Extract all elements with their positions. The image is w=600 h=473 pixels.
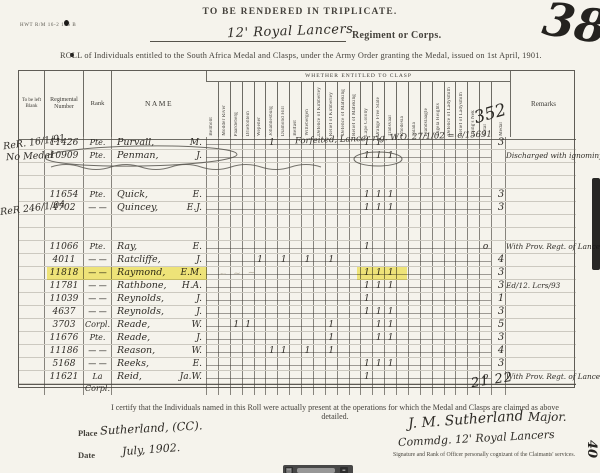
regimental-number: 11621 (44, 371, 83, 395)
clasp-column-header: Diamond Hill (277, 82, 289, 137)
clasp-cell (408, 293, 420, 305)
clasp-cell (301, 371, 313, 395)
clasp-column-header: Orange Free State (372, 82, 384, 137)
clasp-cell (349, 202, 361, 214)
clasp-cell (206, 371, 218, 395)
margin-cell (19, 345, 44, 357)
clasp-cell (349, 345, 361, 357)
clasp-cell (420, 228, 432, 240)
clasp-cell (420, 319, 432, 331)
clasp-cell: 1 (325, 254, 337, 266)
clasp-column-header: Johannesburg (265, 82, 277, 137)
clasp-cell (420, 189, 432, 201)
viewer-toolbar[interactable]: ▤ ≡ (283, 465, 353, 473)
clasp-cell (230, 202, 242, 214)
clasp-cell (206, 319, 218, 331)
roll-row: 4637— —Reynolds,J.1113 (19, 306, 576, 319)
rank: Pte. (83, 241, 111, 253)
name-cell: Rathbone,H.A. (111, 280, 206, 292)
clasp-cell (432, 345, 444, 357)
clasp-cell (242, 345, 254, 357)
clasp-cell (455, 163, 467, 175)
clasp-cell (384, 228, 396, 240)
scan-edge-artifact (592, 178, 600, 270)
clasp-cell (242, 254, 254, 266)
remark (505, 358, 571, 370)
highlight-name-region (47, 267, 207, 280)
clasp-cell (206, 345, 218, 357)
rank: Pte. (83, 189, 111, 201)
clasp-cell: 1 (325, 332, 337, 344)
remark (505, 306, 571, 318)
clasp-cell: 1 (384, 189, 396, 201)
clasp-label: Relief of Mafeking (352, 94, 357, 137)
clasp-cell (301, 332, 313, 344)
clasp-cell (420, 345, 432, 357)
margin-cell (19, 293, 44, 305)
clasp-cell (301, 228, 313, 240)
fill-stroke (206, 326, 491, 327)
clasp-cell (313, 280, 325, 292)
clasp-cell (265, 215, 277, 227)
clasp-cell (408, 345, 420, 357)
clasp-cell (467, 358, 479, 370)
clasp-cell (301, 202, 313, 214)
clasp-cell (479, 163, 491, 175)
clasp-cell (325, 267, 337, 279)
clasp-cell (265, 358, 277, 370)
clasp-cell (230, 332, 242, 344)
clasp-cell (313, 306, 325, 318)
initials: E. (193, 241, 202, 253)
clasp-cell (444, 371, 456, 395)
clasp-cell (325, 215, 337, 227)
clasp-cell (254, 332, 266, 344)
clasp-cell (289, 228, 301, 240)
clasp-cell (444, 189, 456, 201)
remark: Discharged with ignominy. (505, 150, 571, 162)
clasp-cell: 1 (325, 319, 337, 331)
remark (505, 293, 571, 305)
clasp-cell (254, 319, 266, 331)
clasp-column-header: Modder River (218, 82, 230, 137)
clasp-cell (325, 358, 337, 370)
clasp-cell (265, 267, 277, 279)
clasp-cell (230, 280, 242, 292)
ink-dot (64, 20, 69, 26)
clasp-cell (455, 293, 467, 305)
clasp-cell: 1 (325, 345, 337, 357)
clasp-cell (396, 254, 408, 266)
clasp-cell (230, 371, 242, 395)
clasp-cell (479, 228, 491, 240)
clasp-cell (432, 332, 444, 344)
clasp-column-header: Elandslaagte (420, 82, 432, 137)
clasp-label: Defence of Kimberley (317, 87, 322, 137)
remark (505, 254, 571, 266)
clasp-cell (301, 358, 313, 370)
clasp-cell (289, 280, 301, 292)
clasp-cell (444, 267, 456, 279)
clasp-cell (455, 189, 467, 201)
clasp-cell (444, 345, 456, 357)
clasp-cell (277, 241, 289, 253)
surname: Quincey, (117, 202, 158, 214)
clasp-cell (254, 228, 266, 240)
clasp-cell (325, 202, 337, 214)
clasp-cell: 1 (384, 202, 396, 214)
fill-stroke (206, 313, 491, 314)
clasp-column-headers: BelmontModder RiverPaardebergDriefontein… (206, 82, 491, 137)
clasp-cell (218, 332, 230, 344)
clasp-cell (289, 306, 301, 318)
roll-row: 11039— —Reynolds,J.11 (19, 293, 576, 306)
clasp-cell (277, 228, 289, 240)
name-cell: Reid,Ja.W. (111, 371, 206, 395)
clasp-cell: 1 (372, 306, 384, 318)
clasp-cell (372, 345, 384, 357)
surname: Ratcliffe, (117, 254, 161, 266)
clasp-cell (337, 358, 349, 370)
clasp-cell: 1 (372, 202, 384, 214)
viewer-zoom-slider[interactable] (297, 468, 335, 473)
fill-stroke (206, 196, 491, 197)
clasp-cell (218, 202, 230, 214)
clasp-label: Belfast (293, 120, 298, 137)
initials: Ja.W. (180, 371, 202, 395)
remark: With Prov. Regt. of Lancers. (505, 371, 571, 395)
clasp-column-header: Relief of Mafeking (349, 82, 361, 137)
clasp-cell (455, 267, 467, 279)
clasp-cell (396, 228, 408, 240)
clasp-cell (372, 241, 384, 253)
clasp-cell: 1 (384, 358, 396, 370)
date-value-handwritten: July, 1902. (122, 441, 181, 458)
clasp-cell (372, 228, 384, 240)
clasp-cell (230, 241, 242, 253)
clasp-cell (432, 202, 444, 214)
surname: Reid, (117, 371, 142, 395)
side-page-number: 40 (584, 440, 599, 458)
clasp-cell (467, 280, 479, 292)
clasp-cell (242, 371, 254, 395)
name-cell: Reade,W. (111, 319, 206, 331)
clasp-cell (444, 293, 456, 305)
clasp-cell (420, 358, 432, 370)
clasp-cell (408, 254, 420, 266)
clasp-cell (254, 215, 266, 227)
clasp-cell (479, 202, 491, 214)
roll-row: 4702— —Quincey,E.J.1113 (19, 202, 576, 215)
col-header-blank: To be left Blank (19, 71, 44, 137)
remark (505, 189, 571, 201)
clasp-cell (289, 358, 301, 370)
clasp-cell (396, 345, 408, 357)
pencil-annotation: ~ ~ ~ (219, 268, 258, 280)
clasp-cell (455, 228, 467, 240)
roll-row: 11654Pte.Quick,E.1113 (19, 189, 576, 202)
clasp-cell (408, 202, 420, 214)
regimental-number: 11039 (44, 293, 83, 305)
clasp-cell (218, 306, 230, 318)
clasp-cell (455, 280, 467, 292)
clasp-cell (277, 267, 289, 279)
clasp-cell: 1 (384, 280, 396, 292)
clasp-cell (265, 293, 277, 305)
clasp-cell (444, 319, 456, 331)
clasp-cell (455, 176, 467, 188)
roll-row: 5168— —Reeks,E.1113 (19, 358, 576, 371)
clasp-cell (396, 306, 408, 318)
regimental-number: 11186 (44, 345, 83, 357)
clasp-cell (254, 345, 266, 357)
clasp-cell (265, 280, 277, 292)
clasp-cell: 1 (360, 293, 372, 305)
clasp-cell (455, 319, 467, 331)
surname: Quick, (117, 189, 148, 201)
regimental-number: 3703 (44, 319, 83, 331)
clasp-cell (218, 345, 230, 357)
clasp-cell: 1 (360, 371, 372, 395)
regiment-or-corps-label: Regiment or Corps. (352, 30, 441, 41)
clasp-column-header: Rhodesia (396, 82, 408, 137)
surname: Rathbone, (117, 280, 167, 292)
margin-cell (19, 306, 44, 318)
clasp-cell (384, 241, 396, 253)
surname: Reynolds, (117, 293, 164, 305)
medal-roll-document: HWT R/M 16-2 146 B TO BE RENDERED IN TRI… (0, 0, 600, 473)
clasp-cell: 1 (360, 358, 372, 370)
name-cell: Reeks,E. (111, 358, 206, 370)
clasp-cell (372, 215, 384, 227)
clasp-column-header: Driefontein (242, 82, 254, 137)
initials: E. (193, 358, 202, 370)
clasp-cell (420, 280, 432, 292)
clasp-cell (349, 228, 361, 240)
clasp-column-header: Defence of Ladysmith (444, 82, 456, 137)
surname: Reade, (117, 319, 150, 331)
clasp-cell (230, 254, 242, 266)
regiment-name-handwritten: 12' Royal Lancers (227, 22, 354, 41)
clasp-cell (360, 254, 372, 266)
clasp-cell (242, 293, 254, 305)
rank: Pte. (83, 332, 111, 344)
clasp-cell (206, 215, 218, 227)
clasp-cell (467, 254, 479, 266)
clasp-cell (455, 371, 467, 395)
clasp-cell (265, 228, 277, 240)
clasp-cell (479, 306, 491, 318)
clasp-cell (337, 241, 349, 253)
clasp-cell (325, 306, 337, 318)
clasp-band-title: WHETHER ENTITLED TO CLASP (206, 71, 510, 82)
clasp-cell (408, 280, 420, 292)
regimental-number (44, 228, 83, 240)
clasp-cell (230, 345, 242, 357)
roll-row (19, 215, 576, 228)
clasp-cell (230, 228, 242, 240)
clasp-cell (218, 254, 230, 266)
clasp-cell: 1 (360, 241, 372, 253)
col-header-remarks: Remarks (510, 71, 576, 137)
remark (505, 332, 571, 344)
clasp-cell (455, 215, 467, 227)
clasp-column-header: Belmont (206, 82, 218, 137)
viewer-menu-button[interactable]: ≡ (340, 467, 348, 473)
clasp-cell (313, 241, 325, 253)
clasp-label: Defence of Mafeking (341, 89, 346, 137)
fill-stroke (206, 287, 491, 288)
remark: Ed/12. Lcrs/93 (505, 280, 571, 292)
clasp-cell (254, 189, 266, 201)
officer-rank-handwritten: Major. (528, 410, 567, 424)
initials: E. (193, 189, 202, 201)
clasp-cell (242, 332, 254, 344)
margin-cell (19, 241, 44, 253)
clasp-cell (432, 254, 444, 266)
name-cell: Quincey,E.J. (111, 202, 206, 214)
clasp-cell (455, 254, 467, 266)
clasp-cell (289, 215, 301, 227)
clasp-cell (265, 371, 277, 395)
clasp-cell (242, 241, 254, 253)
rank: La Corpl. (83, 371, 111, 395)
clasp-cell (230, 293, 242, 305)
clasp-cell: o (479, 241, 491, 253)
clasp-cell (444, 241, 456, 253)
clasp-cell (349, 319, 361, 331)
clasp-cell (289, 371, 301, 395)
clasp-label: Defence of Ladysmith (447, 87, 452, 137)
clasp-cell (218, 358, 230, 370)
clasp-cell: 1 (360, 280, 372, 292)
clasp-cell (479, 189, 491, 201)
clasp-cell (277, 293, 289, 305)
clasp-cell (313, 345, 325, 357)
clasp-cell (444, 215, 456, 227)
clasp-cell (337, 280, 349, 292)
clasp-label: Paardeberg (234, 112, 239, 137)
clasp-cell (349, 306, 361, 318)
clasp-cell (254, 241, 266, 253)
clasp-cell (479, 280, 491, 292)
clasp-cell: 1 (360, 306, 372, 318)
clasp-cell (396, 332, 408, 344)
fill-stroke (206, 209, 491, 210)
rank (83, 215, 111, 227)
clasp-cell (455, 202, 467, 214)
initials: W. (191, 319, 202, 331)
clasp-cell (408, 228, 420, 240)
clasp-cell (479, 254, 491, 266)
clasp-cell (467, 176, 479, 188)
margin-cell (19, 319, 44, 331)
name-cell (111, 215, 206, 227)
clasp-cell: 1 (242, 319, 254, 331)
triplicate-title: TO BE RENDERED IN TRIPLICATE. (150, 7, 450, 17)
viewer-grid-button[interactable]: ▤ (285, 467, 293, 473)
clasp-cell: 1 (230, 319, 242, 331)
clasp-cell: 1 (360, 189, 372, 201)
place-value-handwritten: Sutherland, (CC). (100, 418, 203, 437)
clasp-cell (277, 332, 289, 344)
clasp-cell (206, 293, 218, 305)
clasp-cell (420, 267, 432, 279)
name-cell: Reason,W. (111, 345, 206, 357)
clasp-cell (277, 215, 289, 227)
clasp-cell (384, 345, 396, 357)
clasp-cell (313, 189, 325, 201)
clasp-cell (337, 293, 349, 305)
clasp-column-header: Defence of Mafeking (337, 82, 349, 137)
clasp-cell (254, 306, 266, 318)
roll-row: 4011— —Ratcliffe,J.11114 (19, 254, 576, 267)
clasp-cell: 1 (265, 345, 277, 357)
fill-stroke (206, 339, 491, 340)
medal-roll-table: To be left Blank Regimental Number Rank … (18, 70, 575, 388)
clasp-cell (467, 345, 479, 357)
clasp-cell (313, 228, 325, 240)
menu-icon: ≡ (342, 468, 345, 473)
clasp-cell (432, 228, 444, 240)
margin-cell (19, 267, 44, 279)
clasp-cell (467, 189, 479, 201)
clasp-cell (349, 293, 361, 305)
clasp-label: Belmont (209, 117, 214, 137)
clasp-cell (360, 319, 372, 331)
clasp-cell (360, 228, 372, 240)
clasp-cell (432, 267, 444, 279)
clasp-cell (349, 254, 361, 266)
clasp-cell (396, 371, 408, 395)
clasp-cell (313, 358, 325, 370)
clasp-cell (242, 215, 254, 227)
roll-row: 11781— —Rathbone,H.A.1113Ed/12. Lcrs/93 (19, 280, 576, 293)
remark (505, 228, 571, 240)
remark (505, 215, 571, 227)
clasp-cell (325, 189, 337, 201)
surname: Reason, (117, 345, 155, 357)
clasp-cell (265, 254, 277, 266)
clasp-cell (313, 332, 325, 344)
clasp-column-header: Defence of Kimberley (313, 82, 325, 137)
clasp-cell (349, 215, 361, 227)
clasp-cell (289, 293, 301, 305)
clasp-cell (349, 371, 361, 395)
clasp-cell (337, 332, 349, 344)
remark (505, 345, 571, 357)
clasp-cell (218, 241, 230, 253)
clasp-cell: 1 (372, 358, 384, 370)
clasp-cell (479, 358, 491, 370)
clasp-cell (408, 319, 420, 331)
clasp-cell: 1 (301, 345, 313, 357)
initials: W. (191, 345, 202, 357)
clasp-cell (242, 280, 254, 292)
grid-icon: ▤ (286, 468, 292, 473)
clasp-cell (277, 319, 289, 331)
clasp-cell (455, 150, 467, 162)
clasp-cell (467, 319, 479, 331)
clasp-cell (313, 371, 325, 395)
clasp-cell (289, 189, 301, 201)
clasp-cell (289, 319, 301, 331)
roll-row (19, 228, 576, 241)
clasp-cell (242, 306, 254, 318)
margin-cell (19, 254, 44, 266)
clasp-label: Wittebergen (305, 109, 310, 137)
clasp-cell (479, 293, 491, 305)
